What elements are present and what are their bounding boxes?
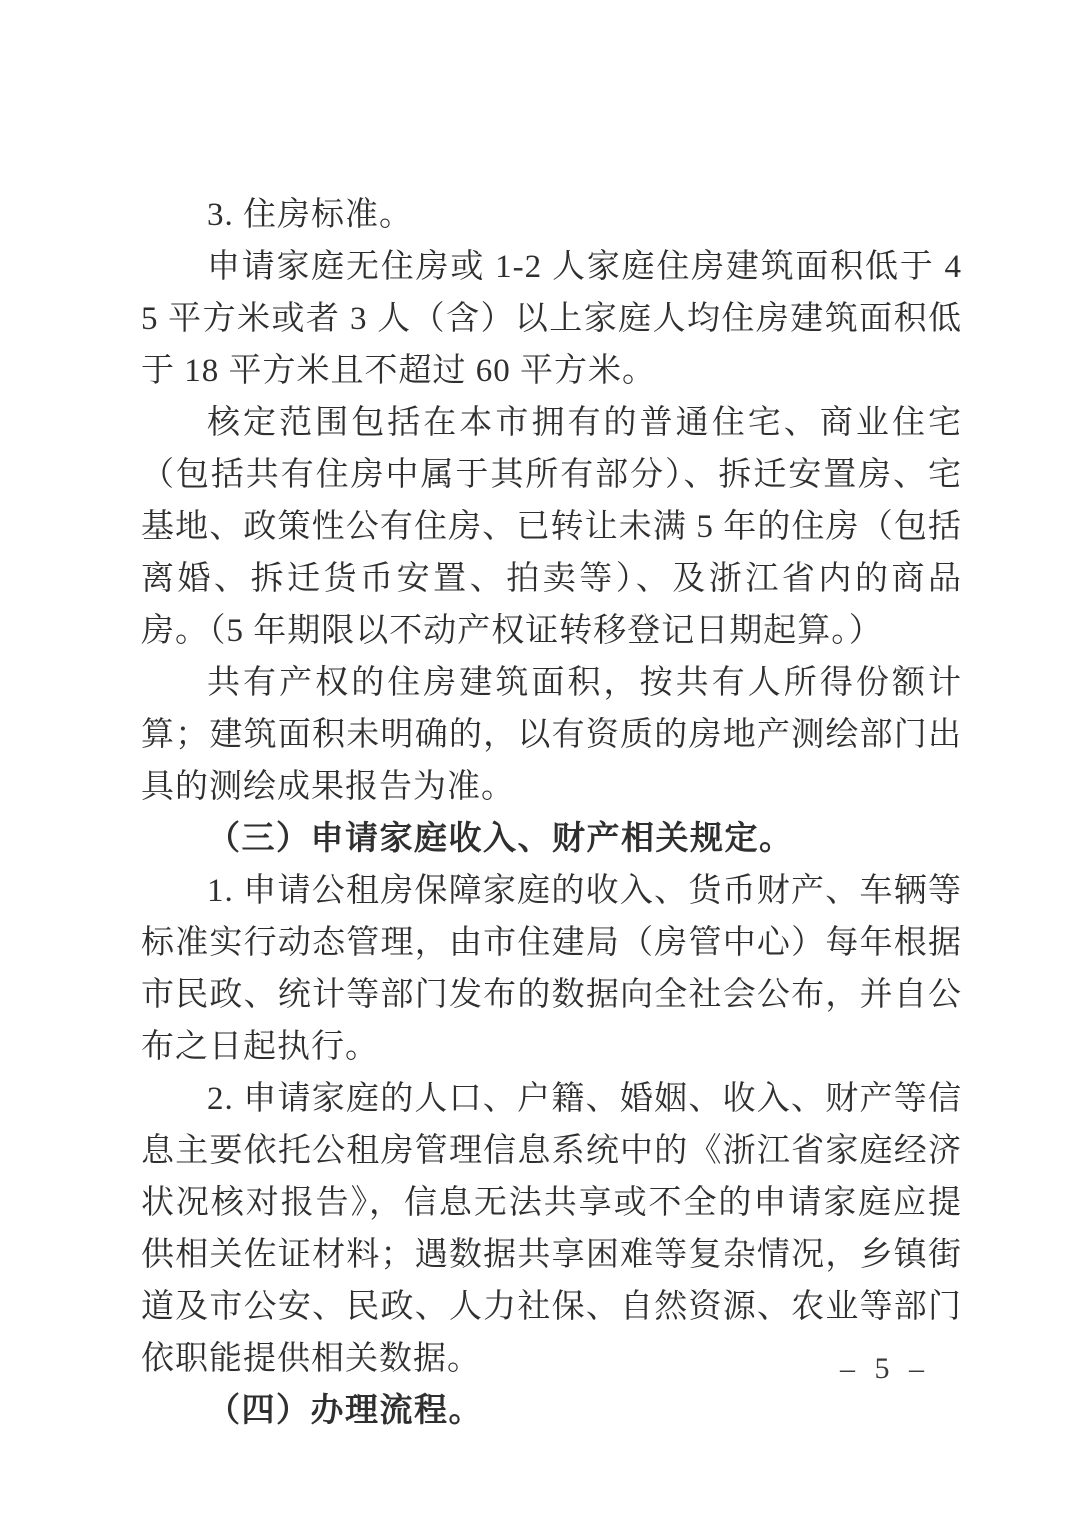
section-heading-income-property-rules: （三）申请家庭收入、财产相关规定。 <box>141 813 962 865</box>
numbered-item-housing-standard: 3. 住房标准。 <box>141 189 962 241</box>
paragraph-verification-scope: 核定范围包括在本市拥有的普通住宅、商业住宅（包括共有住房中属于其所有部分）、拆迁… <box>141 397 962 657</box>
section-heading-processing-flow: （四）办理流程。 <box>141 1385 962 1437</box>
document-body: 3. 住房标准。 申请家庭无住房或 1-2 人家庭住房建筑面积低于 45 平方米… <box>141 189 962 1437</box>
page-number: – 5 – <box>840 1352 930 1386</box>
paragraph-housing-area-threshold: 申请家庭无住房或 1-2 人家庭住房建筑面积低于 45 平方米或者 3 人（含）… <box>141 241 962 397</box>
document-page: 3. 住房标准。 申请家庭无住房或 1-2 人家庭住房建筑面积低于 45 平方米… <box>0 0 1080 1527</box>
paragraph-dynamic-management: 1. 申请公租房保障家庭的收入、货币财产、车辆等标准实行动态管理，由市住建局（房… <box>141 865 962 1073</box>
paragraph-shared-property-calculation: 共有产权的住房建筑面积，按共有人所得份额计算；建筑面积未明确的，以有资质的房地产… <box>141 657 962 813</box>
paragraph-information-sharing: 2. 申请家庭的人口、户籍、婚姻、收入、财产等信息主要依托公租房管理信息系统中的… <box>141 1073 962 1385</box>
